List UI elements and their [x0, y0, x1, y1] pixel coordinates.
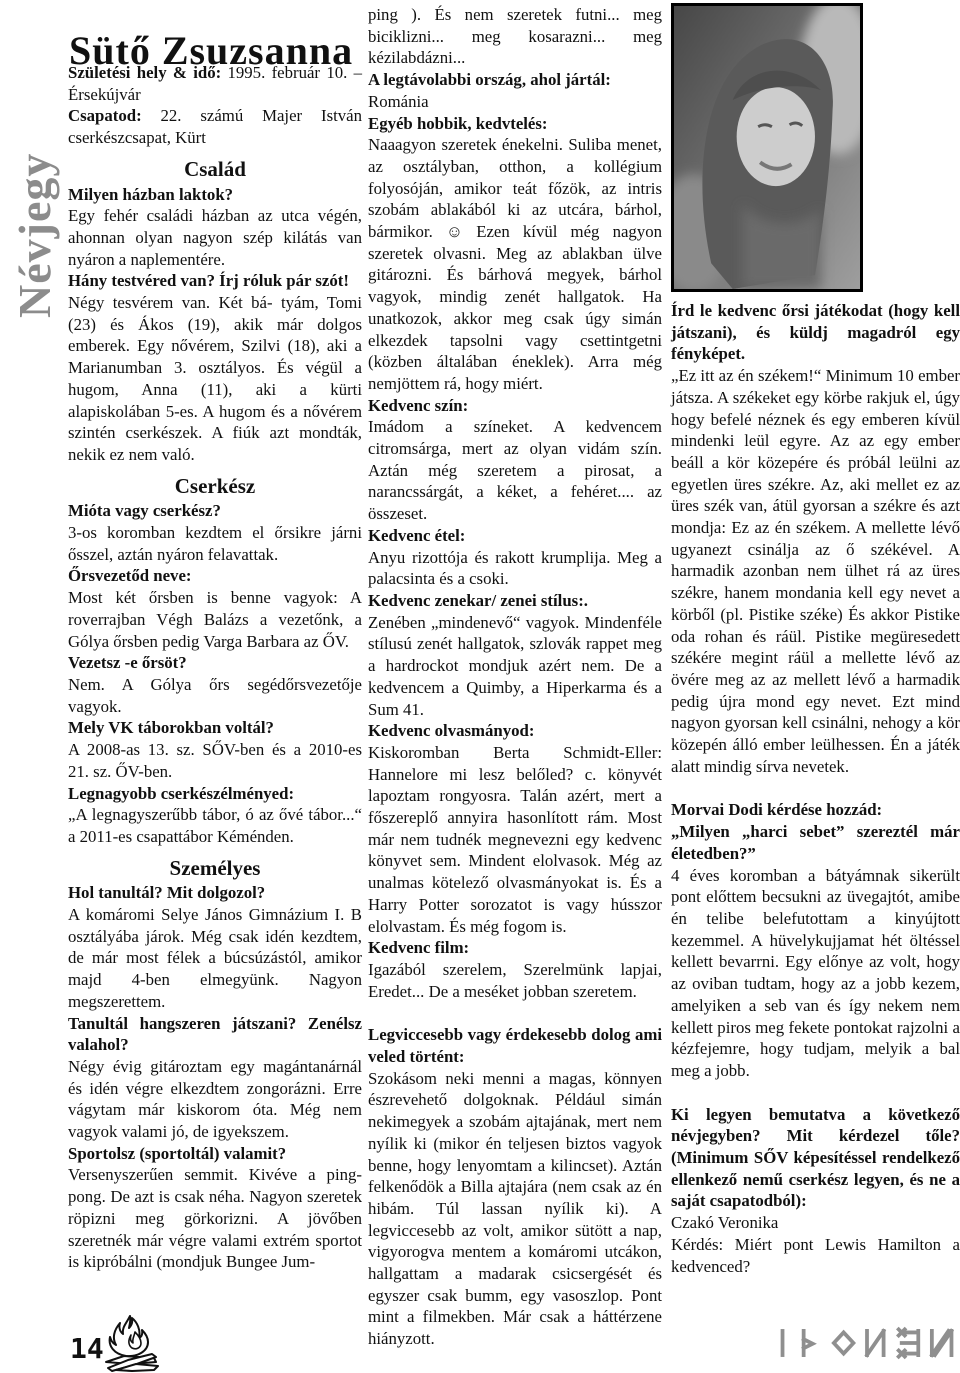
qa-block: Őrsvezetőd neve:Most két őrsben is benne… [68, 565, 362, 652]
question-label: Morvai Dodi kérdése hozzád: [671, 799, 960, 821]
answer-text: Zenében „mindenevő“ vagyok. Mindenféle s… [368, 613, 662, 719]
question-label: Hány testvéred van? Írj róluk pár szót! [68, 270, 362, 292]
question-label: Kedvenc film: [368, 937, 662, 959]
question-label: Milyen házban laktok? [68, 184, 362, 206]
paragraph: Kérdés: Miért pont Lewis Hamilton a kedv… [671, 1234, 960, 1277]
question-label: Ki legyen bemutatva a következő névjegyb… [671, 1104, 960, 1213]
qa-block: Mely VK táborokban voltál?A 2008-as 13. … [68, 717, 362, 782]
answer-text: 3-os koromban kezdtem el őrsikre járni ő… [68, 523, 362, 564]
question-label: „Milyen „harci sebet” szereztél már élet… [671, 821, 960, 864]
section-heading: Személyes [68, 858, 362, 880]
answer-text: Nem. A Gólya őrs segédőrsvezetője vagyok… [68, 675, 362, 716]
qa-block: Sportolsz (sportoltál) valamit?Versenysz… [68, 1143, 362, 1273]
section-heading: Család [68, 159, 362, 181]
portrait-photo [671, 3, 863, 292]
text-column-right: Írd le kedvenc őrsi játékodat (hogy kell… [671, 3, 960, 1277]
question-label: Mely VK táborokban voltál? [68, 717, 362, 739]
qa-block: Legnagyobb cserkészélményed:„A legnagysz… [68, 783, 362, 848]
question-label: Legnagyobb cserkészélményed: [68, 783, 362, 805]
qa-block: Kedvenc olvasmányod:Kiskoromban Berta Sc… [368, 720, 662, 937]
answer-text: Anyu rizottója és rakott krumplija. Meg … [368, 548, 662, 589]
old-hungarian-runes-icon [778, 1324, 956, 1362]
paragraph: ping ). És nem szeretek futni... meg bic… [368, 4, 662, 69]
question-only: Morvai Dodi kérdése hozzád: [671, 799, 960, 821]
qa-block: Ki legyen bemutatva a következő névjegyb… [671, 1104, 960, 1234]
question-label: Sportolsz (sportoltál) valamit? [68, 1143, 362, 1165]
qa-block: Kedvenc szín:Imádom a színeket. A kedven… [368, 395, 662, 525]
answer-text: Egy fehér családi házban az utca végén, … [68, 206, 362, 268]
qa-block: Írd le kedvenc őrsi játékodat (hogy kell… [671, 300, 960, 777]
campfire-icon [102, 1312, 160, 1372]
answer-text: Négy évig gitároztam egy magántanárnál é… [68, 1057, 362, 1141]
answer-text: Igazából szerelem, Szerelmünk lapjai, Er… [368, 960, 662, 1001]
qa-block: Egyéb hobbik, kedvtelés:Naaagyon szerete… [368, 113, 662, 395]
qa-block: Mióta vagy cserkész?3-os koromban kezdte… [68, 500, 362, 565]
answer-text: Kiskoromban Berta Schmidt-Eller: Hannelo… [368, 743, 662, 936]
answer-text: Imádom a színeket. A kedvencem citromsár… [368, 417, 662, 523]
text-column-middle: ping ). És nem szeretek futni... meg bic… [368, 4, 662, 1350]
question-label: Írd le kedvenc őrsi játékodat (hogy kell… [671, 300, 960, 365]
question-label: Mióta vagy cserkész? [68, 500, 362, 522]
answer-text: A komáromi Selye János Gimnázium I. B os… [68, 905, 362, 1011]
question-label: Vezetsz -e őrsöt? [68, 652, 362, 674]
rubric-label: Névjegy [8, 153, 61, 318]
answer-text: Románia [368, 92, 429, 111]
qa-block: Legviccesebb vagy érdekesebb dolog ami v… [368, 1024, 662, 1350]
qa-block: Hány testvéred van? Írj róluk pár szót!N… [68, 270, 362, 465]
question-label: Őrsvezetőd neve: [68, 565, 362, 587]
answer-text: Naaagyon szeretek énekelni. Suliba menet… [368, 135, 662, 393]
answer-text: Czakó Veronika [671, 1213, 778, 1232]
answer-text: A 2008-as 13. sz. SŐV-ben és a 2010-es 2… [68, 740, 362, 781]
answer-text: Most két őrsben is benne vagyok: A rover… [68, 588, 362, 650]
question-label: Hol tanultál? Mit dolgozol? [68, 882, 362, 904]
qa-block: Vezetsz -e őrsöt?Nem. A Gólya őrs segédő… [68, 652, 362, 717]
question-label: Kedvenc zenekar/ zenei stílus:. [368, 590, 662, 612]
qa-block: Kedvenc zenekar/ zenei stílus:.Zenében „… [368, 590, 662, 720]
magazine-page: Névjegy Sütő Zsuzsanna Születési hely & … [0, 0, 960, 1373]
qa-block: Kedvenc étel:Anyu rizottója és rakott kr… [368, 525, 662, 590]
qa-block: Csapatod: 22. számú Majer István cserkés… [68, 105, 362, 148]
text-column-left: Születési hely & idő: 1995. február 10. … [68, 62, 362, 1273]
qa-block: Kedvenc film:Igazából szerelem, Szerelmü… [368, 937, 662, 1002]
question-label: Egyéb hobbik, kedvtelés: [368, 113, 662, 135]
question-label: Kedvenc étel: [368, 525, 662, 547]
page-number: 14 [70, 1332, 104, 1365]
question-label: Csapatod: [68, 106, 161, 125]
question-label: Születési hely & idő: [68, 63, 228, 82]
qa-block: Hol tanultál? Mit dolgozol?A komáromi Se… [68, 882, 362, 1012]
answer-text: Négy tesvérem van. Két bá- tyám, Tomi (2… [68, 293, 362, 464]
answer-text: „Ez itt az én székem!“ Minimum 10 ember … [671, 366, 960, 776]
qa-block: Tanultál hangszeren játszani? Zenélsz va… [68, 1013, 362, 1143]
qa-block: „Milyen „harci sebet” szereztél már élet… [671, 821, 960, 1081]
answer-text: 4 éves koromban a bátyámnak sikerült pon… [671, 866, 960, 1080]
question-label: Legviccesebb vagy érdekesebb dolog ami v… [368, 1024, 662, 1067]
question-label: Kedvenc szín: [368, 395, 662, 417]
answer-text: Szokásom neki menni a magas, könnyen ész… [368, 1069, 662, 1348]
answer-text: „A legnagyszerűbb tábor, ó az ővé tábor.… [68, 805, 362, 846]
question-label: Tanultál hangszeren játszani? Zenélsz va… [68, 1013, 362, 1056]
question-label: Kedvenc olvasmányod: [368, 720, 662, 742]
qa-block: A legtávolabbi ország, ahol jártál:Román… [368, 69, 662, 112]
question-label: A legtávolabbi ország, ahol jártál: [368, 69, 662, 91]
qa-block: Születési hely & idő: 1995. február 10. … [68, 62, 362, 105]
qa-block: Milyen házban laktok?Egy fehér családi h… [68, 184, 362, 271]
answer-text: Versenyszerűen semmit. Kivéve a ping-pon… [68, 1165, 362, 1271]
section-heading: Cserkész [68, 476, 362, 498]
